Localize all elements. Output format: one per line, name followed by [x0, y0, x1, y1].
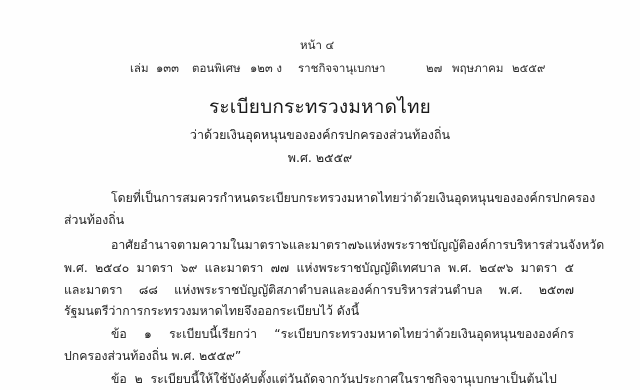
- publication-name: ราชกิจจานุเบกษา: [298, 60, 385, 78]
- gazette-header-line: เล่ม ๑๓๓ ตอนพิเศษ ๑๒๓ ง ราชกิจจานุเบกษา …: [130, 60, 560, 76]
- text-segment: อาศัยอำนาจตามความในมาตรา: [111, 236, 281, 255]
- clause-2-line-1: ข้อ ๒ ระเบียบนี้ให้ใช้บังคับตั้งแต่วันถั…: [111, 370, 557, 389]
- issue-label: ตอนพิเศษ: [192, 60, 241, 78]
- text-segment: พ.ศ.: [499, 281, 523, 300]
- authority-line-4: รัฐมนตรีว่าการกระทรวงมหาดไทยจึงออกระเบีย…: [64, 302, 359, 321]
- text-segment: ๒๔๙๖: [479, 259, 513, 278]
- text-segment: แห่งพระราชบัญญัติเทศบาล: [296, 259, 440, 278]
- text-segment: ระเบียบนี้เรียกว่า: [169, 325, 257, 344]
- date-day: ๒๗: [426, 60, 442, 78]
- text-segment: แห่งพระราชบัญญัติสภาตำบลและองค์การบริหาร…: [174, 281, 482, 300]
- text-segment: ๘๘: [139, 281, 158, 300]
- text-segment: ๒๕๓๗: [539, 281, 574, 300]
- document-subtitle: ว่าด้วยเงินอุดหนุนขององค์กรปกครองส่วนท้อ…: [0, 125, 640, 145]
- text-segment: และมาตรา: [64, 281, 123, 300]
- gazette-page: หน้า ๔ เล่ม ๑๓๓ ตอนพิเศษ ๑๒๓ ง ราชกิจจาน…: [0, 0, 640, 390]
- volume-label: เล่ม: [130, 60, 149, 78]
- clause-number: ๑: [144, 325, 152, 344]
- text-segment: ๕: [565, 259, 574, 278]
- text-segment: “ระเบียบกระทรวงมหาดไทยว่าด้วยเงินอุดหนุน…: [274, 325, 574, 344]
- text-segment: ๖: [281, 236, 289, 255]
- preamble-line-2: ส่วนท้องถิ่น: [64, 211, 124, 230]
- preamble-line-1: โดยที่เป็นการสมควรกำหนดระเบียบกระทรวงมหา…: [111, 189, 595, 208]
- text-segment: มาตรา: [137, 259, 174, 278]
- text-segment: แห่งพระราชบัญญัติองค์การบริหารส่วนจังหวั…: [365, 236, 605, 255]
- date-month: พฤษภาคม: [452, 60, 503, 78]
- text-segment: พ.ศ.: [64, 259, 88, 278]
- authority-line-3: และมาตรา ๘๘ แห่งพระราชบัญญัติสภาตำบลและอ…: [64, 281, 574, 300]
- clause-label: ข้อ: [111, 325, 127, 344]
- authority-line-1: อาศัยอำนาจตามความในมาตรา ๖ และมาตรา ๗๖ แ…: [111, 236, 574, 255]
- text-segment: และมาตรา: [205, 259, 264, 278]
- authority-line-2: พ.ศ. ๒๕๔๐ มาตรา ๖๙ และมาตรา ๗๗ แห่งพระรา…: [64, 259, 574, 278]
- document-title: ระเบียบกระทรวงมหาดไทย: [0, 92, 640, 122]
- volume-number: ๑๓๓: [156, 60, 179, 78]
- text-segment: พ.ศ.: [448, 259, 472, 278]
- text-segment: ๖๙: [181, 259, 198, 278]
- text-segment: มาตรา: [521, 259, 558, 278]
- page-number: หน้า ๔: [300, 37, 334, 55]
- text-segment: ๗๗: [271, 259, 290, 278]
- clause-1-line-2: ปกครองส่วนท้องถิ่น พ.ศ. ๒๕๕๙”: [64, 347, 241, 366]
- text-segment: ๗๖: [348, 236, 365, 255]
- text-segment: และมาตรา: [289, 236, 348, 255]
- document-year: พ.ศ. ๒๕๕๙: [0, 148, 640, 168]
- date-year: ๒๕๕๙: [512, 60, 545, 78]
- clause-1-line-1: ข้อ ๑ ระเบียบนี้เรียกว่า “ระเบียบกระทรวง…: [111, 325, 574, 344]
- text-segment: ๒๕๔๐: [95, 259, 129, 278]
- issue-number: ๑๒๓ ง: [250, 60, 282, 78]
